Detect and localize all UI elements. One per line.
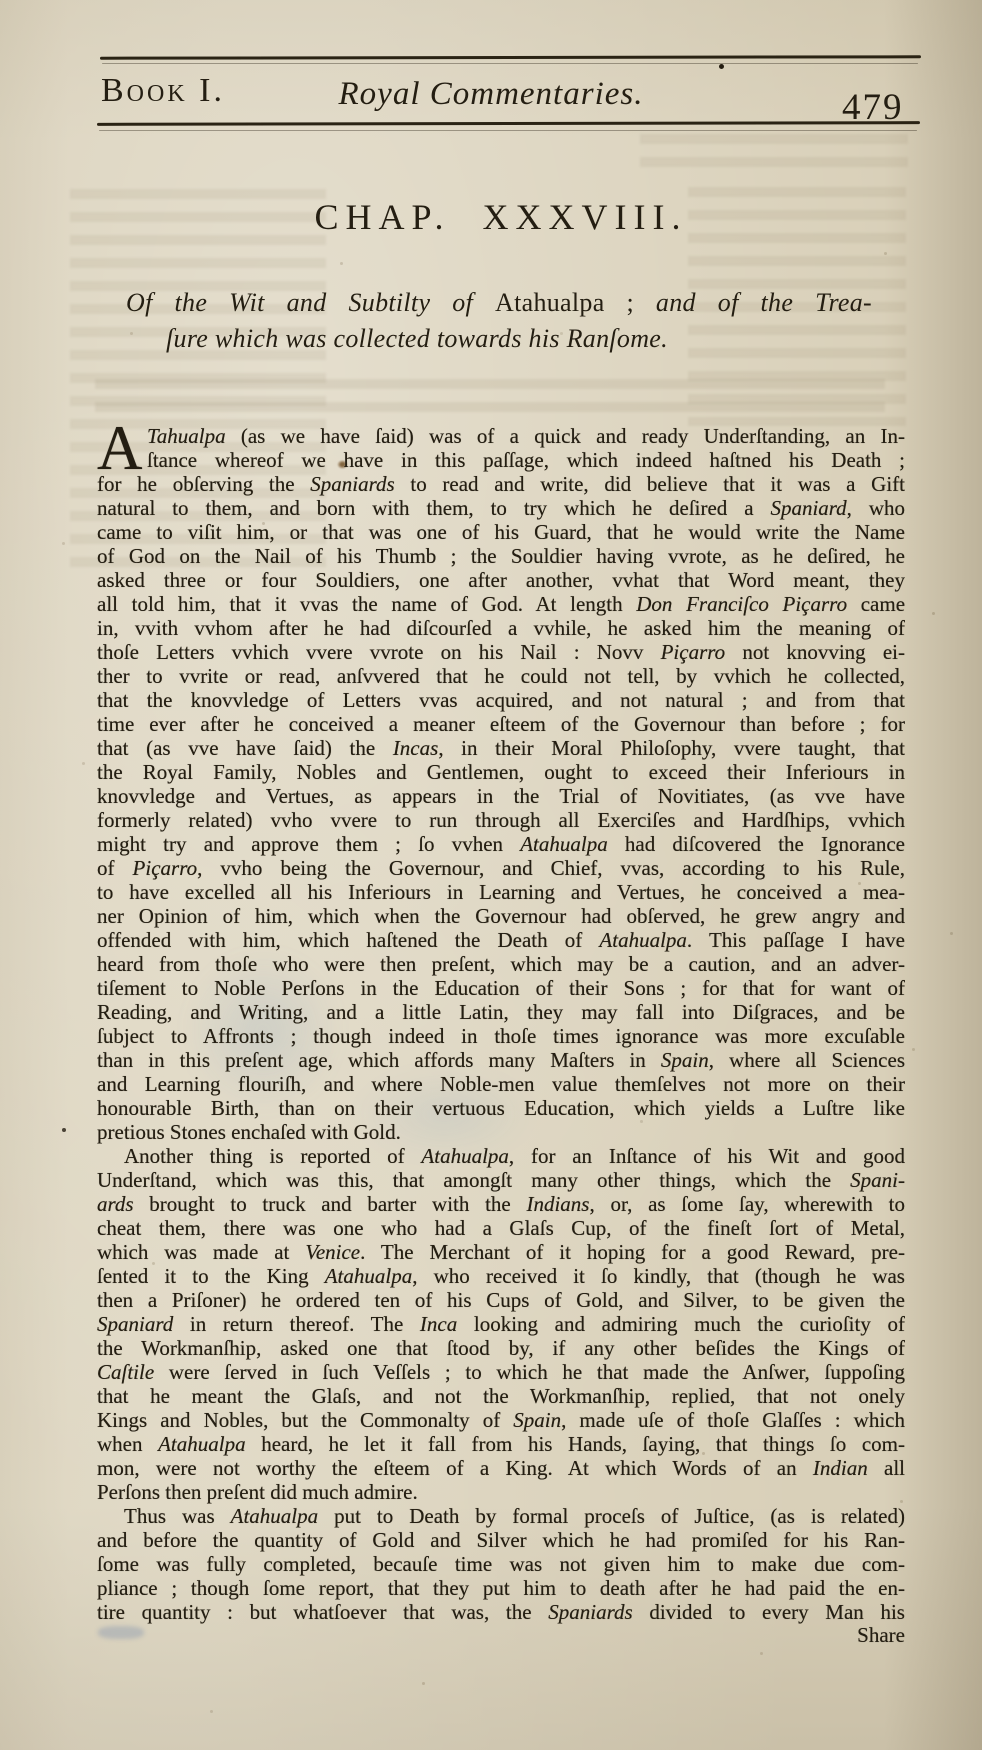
text-line: pretious Stones enchaſed with Gold.: [97, 1120, 905, 1144]
text-line: of God on the Nail of his Thumb ; the So…: [97, 544, 905, 568]
chapter-heading: CHAP. XXXVIII.: [97, 196, 905, 238]
text-line: ſome was fully completed, becauſe time w…: [97, 1552, 905, 1576]
text-line: Caſtile were ſerved in ſuch Veſſels ; to…: [97, 1360, 905, 1384]
text-line: Tahualpa (as we have ſaid) was of a quic…: [147, 424, 905, 448]
bleedthrough-ghost-text: [640, 127, 908, 175]
text-line: formerly related) vvho vvere to run thro…: [97, 808, 905, 832]
text-line: of Piçarro, vvho being the Governour, an…: [97, 856, 905, 880]
text-line: that he meant the Glaſs, and not the Wor…: [97, 1384, 905, 1408]
header-rule-top: [100, 55, 921, 59]
text-line: Reading, and Writing, and a little Latin…: [97, 1000, 905, 1024]
text-line: when Atahualpa heard, he let it fall fro…: [97, 1432, 905, 1456]
scanned-book-page: Book I. Royal Commentaries. 479 CHAP. XX…: [0, 0, 982, 1750]
text-line: honourable Birth, than on their vertuous…: [97, 1096, 905, 1120]
text-line: came to viſit him, or that was one of hi…: [97, 520, 905, 544]
text-line: time ever after he conceived a meaner eſ…: [97, 712, 905, 736]
chapter-subtitle-line: Of the Wit and Subtilty of Atahualpa ; a…: [126, 286, 872, 320]
drop-cap: A: [97, 425, 141, 471]
page-number: 479: [842, 86, 904, 129]
text-line: all told him, that it vvas the name of G…: [97, 592, 905, 616]
text-line: Another thing is reported of Atahualpa, …: [97, 1144, 905, 1168]
text-line: mon, were not worthy the eſteem of a Kin…: [97, 1456, 905, 1480]
text-line: tire quantity : but whatſoever that was,…: [97, 1600, 905, 1624]
text-line: that (as vve have ſaid) the Incas, in th…: [97, 736, 905, 760]
text-line: for he obſerving the Spaniards to read a…: [97, 472, 905, 496]
bleedthrough-ghost-text: [95, 372, 885, 424]
text-line: ther to vvrite or read, anſvvered that h…: [97, 664, 905, 688]
text-line: Spaniard in return thereof. The Inca loo…: [97, 1312, 905, 1336]
text-line: which was made at Venice. The Merchant o…: [97, 1240, 905, 1264]
paper-freckles: [0, 0, 3, 3]
text-line: Thus was Atahualpa put to Death by forma…: [97, 1504, 905, 1528]
text-line: asked three or four Souldiers, one after…: [97, 568, 905, 592]
text-line: and before the quantity of Gold and Silv…: [97, 1528, 905, 1552]
text-line: natural to them, and born with them, to …: [97, 496, 905, 520]
text-line: ſtance whereof we have in this paſſage, …: [147, 448, 905, 472]
text-line: to have excelled all his Inferiours in L…: [97, 880, 905, 904]
catchword: Share: [97, 1622, 905, 1648]
header-rule-top-echo: [102, 63, 918, 64]
text-line: knovvledge and Vertues, as appears in th…: [97, 784, 905, 808]
text-line: the Workmanſhip, asked one that ſtood by…: [97, 1336, 905, 1360]
ink-speck: [62, 1128, 66, 1132]
chapter-subtitle-line: ſure which was collected towards his Ran…: [166, 322, 872, 356]
running-header-title: Royal Commentaries.: [0, 76, 982, 113]
text-line: then a Priſoner) he ordered ten of his C…: [97, 1288, 905, 1312]
text-line: Kings and Nobles, but the Commonalty of …: [97, 1408, 905, 1432]
text-line: Perſons then preſent did much admire.: [97, 1480, 905, 1504]
text-line: pliance ; though ſome report, that they …: [97, 1576, 905, 1600]
text-line: thoſe Letters vvhich vvere vvrote on his…: [97, 640, 905, 664]
text-line: than in this preſent age, which affords …: [97, 1048, 905, 1072]
text-line: ards brought to truck and barter with th…: [97, 1192, 905, 1216]
text-line: in, vvith vvhom after he had diſcourſed …: [97, 616, 905, 640]
text-line: the Royal Family, Nobles and Gentlemen, …: [97, 760, 905, 784]
text-line: offended with him, which haſtened the De…: [97, 928, 905, 952]
ink-speck: [719, 64, 724, 69]
text-line: that the knovvledge of Letters vvas acqu…: [97, 688, 905, 712]
text-line: cheat them, there was one who had a Glaſ…: [97, 1216, 905, 1240]
text-line: might try and approve them ; ſo vvhen At…: [97, 832, 905, 856]
text-line: and Learning flouriſh, and where Noble-m…: [97, 1072, 905, 1096]
header-rule-bottom: [97, 121, 920, 126]
body-text: A Tahualpa (as we have ſaid) was of a qu…: [97, 424, 905, 1624]
text-line: ſented it to the King Atahualpa, who rec…: [97, 1264, 905, 1288]
text-line: ner Opinion of him, which when the Gover…: [97, 904, 905, 928]
header-rule-bottom-echo: [99, 130, 917, 131]
text-line: Underſtand, which was this, that amongſt…: [97, 1168, 905, 1192]
text-line: heard from thoſe who were then preſent, …: [97, 952, 905, 976]
text-line: tiſement to Noble Perſons in the Educati…: [97, 976, 905, 1000]
text-line: ſubject to Affronts ; though indeed in t…: [97, 1024, 905, 1048]
